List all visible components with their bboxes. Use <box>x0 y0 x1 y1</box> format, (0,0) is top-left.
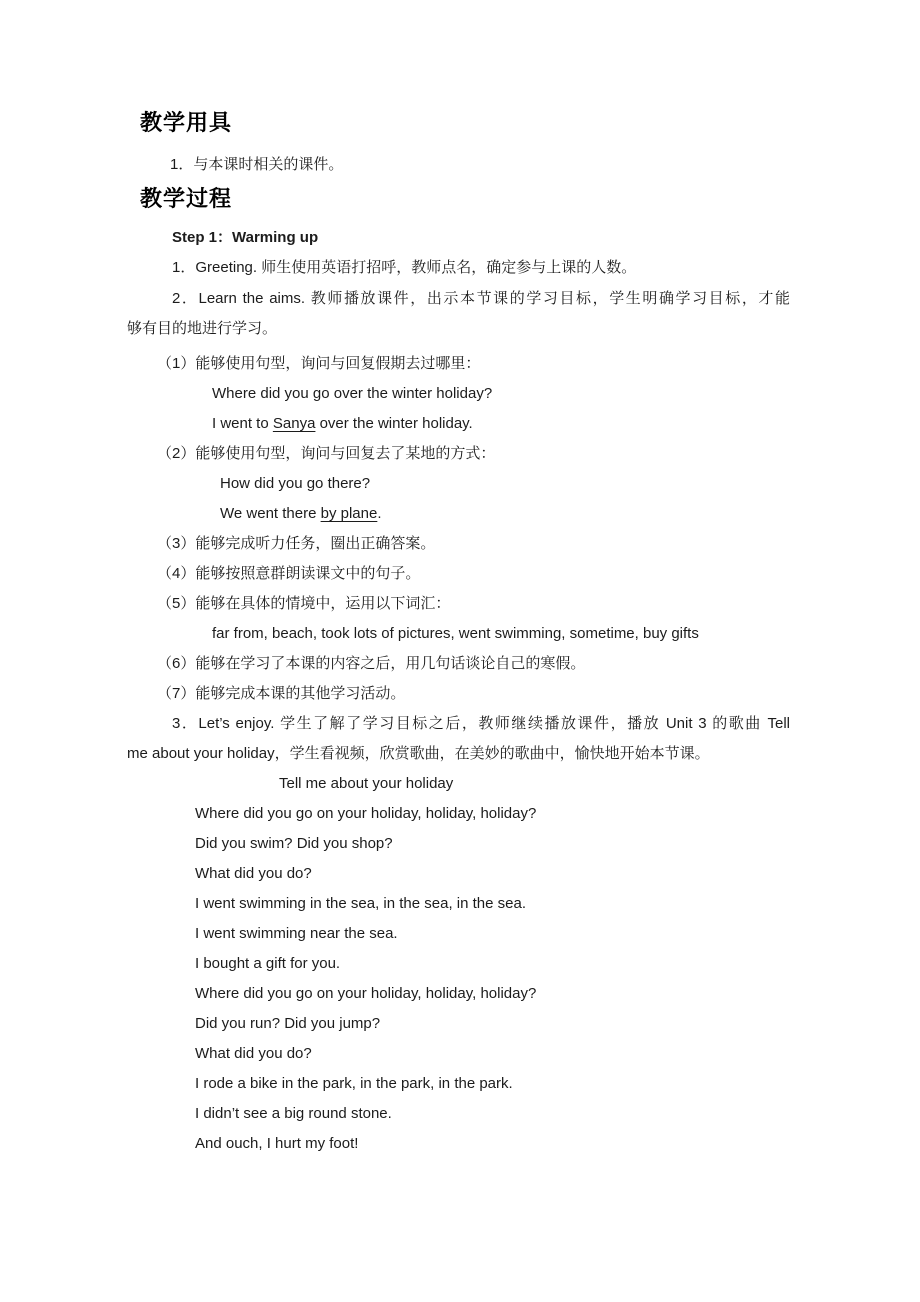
para-greeting: 1．Greeting. 师生使用英语打招呼，教师点名，确定参与上课的人数。 <box>172 258 636 278</box>
song-line: What did you do? <box>195 864 312 884</box>
song-line: Where did you go on your holiday, holida… <box>195 804 536 824</box>
document-page: 教学用具 1．与本课时相关的课件。 教学过程 Step 1：Warming up… <box>0 0 920 1302</box>
para-lets-enjoy-line1: 3．Let’s enjoy. 学生了解了学习目标之后，教师继续播放课件，播放 U… <box>172 714 790 734</box>
para-lets-enjoy-line2: me about your holiday，学生看视频，欣赏歌曲，在美妙的歌曲中… <box>127 744 710 764</box>
song-line: Did you run? Did you jump? <box>195 1014 380 1034</box>
example1-answer-pre: I went to <box>212 415 273 432</box>
heading-teaching-tools: 教学用具 <box>140 110 232 136</box>
aim-item-2: （2）能够使用句型，询问与回复去了某地的方式： <box>157 444 495 464</box>
song-line: I bought a gift for you. <box>195 954 340 974</box>
para-learn-aims-line2: 够有目的地进行学习。 <box>127 319 277 339</box>
aim-item-5: （5）能够在具体的情境中，运用以下词汇： <box>157 594 450 614</box>
vocabulary-line: far from, beach, took lots of pictures, … <box>212 624 699 644</box>
example1-answer-post: over the winter holiday. <box>315 415 472 432</box>
song-line: Where did you go on your holiday, holida… <box>195 984 536 1004</box>
para-learn-aims-line1: 2．Learn the aims. 教师播放课件，出示本节课的学习目标，学生明确… <box>172 289 790 309</box>
aim-item-3: （3）能够完成听力任务，圈出正确答案。 <box>157 534 435 554</box>
song-title: Tell me about your holiday <box>279 774 453 794</box>
song-line: I didn’t see a big round stone. <box>195 1104 392 1124</box>
tools-item: 1．与本课时相关的课件。 <box>170 155 343 175</box>
example2-question: How did you go there? <box>220 474 370 494</box>
song-line: I went swimming in the sea, in the sea, … <box>195 894 526 914</box>
example1-question: Where did you go over the winter holiday… <box>212 384 492 404</box>
aim-item-4: （4）能够按照意群朗读课文中的句子。 <box>157 564 420 584</box>
song-line: Did you swim? Did you shop? <box>195 834 393 854</box>
example2-answer-post: . <box>377 505 381 522</box>
example2-answer-pre: We went there <box>220 505 321 522</box>
example1-answer-underlined: Sanya <box>273 415 316 432</box>
example2-answer: We went there by plane. <box>220 504 382 524</box>
step1-title: Step 1：Warming up <box>172 228 318 248</box>
heading-teaching-process: 教学过程 <box>140 186 232 212</box>
song-line: And ouch, I hurt my foot! <box>195 1134 358 1154</box>
song-line: What did you do? <box>195 1044 312 1064</box>
example2-answer-underlined: by plane <box>321 505 378 522</box>
example1-answer: I went to Sanya over the winter holiday. <box>212 414 473 434</box>
aim-item-7: （7）能够完成本课的其他学习活动。 <box>157 684 405 704</box>
song-line: I went swimming near the sea. <box>195 924 398 944</box>
song-line: I rode a bike in the park, in the park, … <box>195 1074 513 1094</box>
aim-item-6: （6）能够在学习了本课的内容之后，用几句话谈论自己的寒假。 <box>157 654 585 674</box>
aim-item-1: （1）能够使用句型，询问与回复假期去过哪里： <box>157 354 480 374</box>
